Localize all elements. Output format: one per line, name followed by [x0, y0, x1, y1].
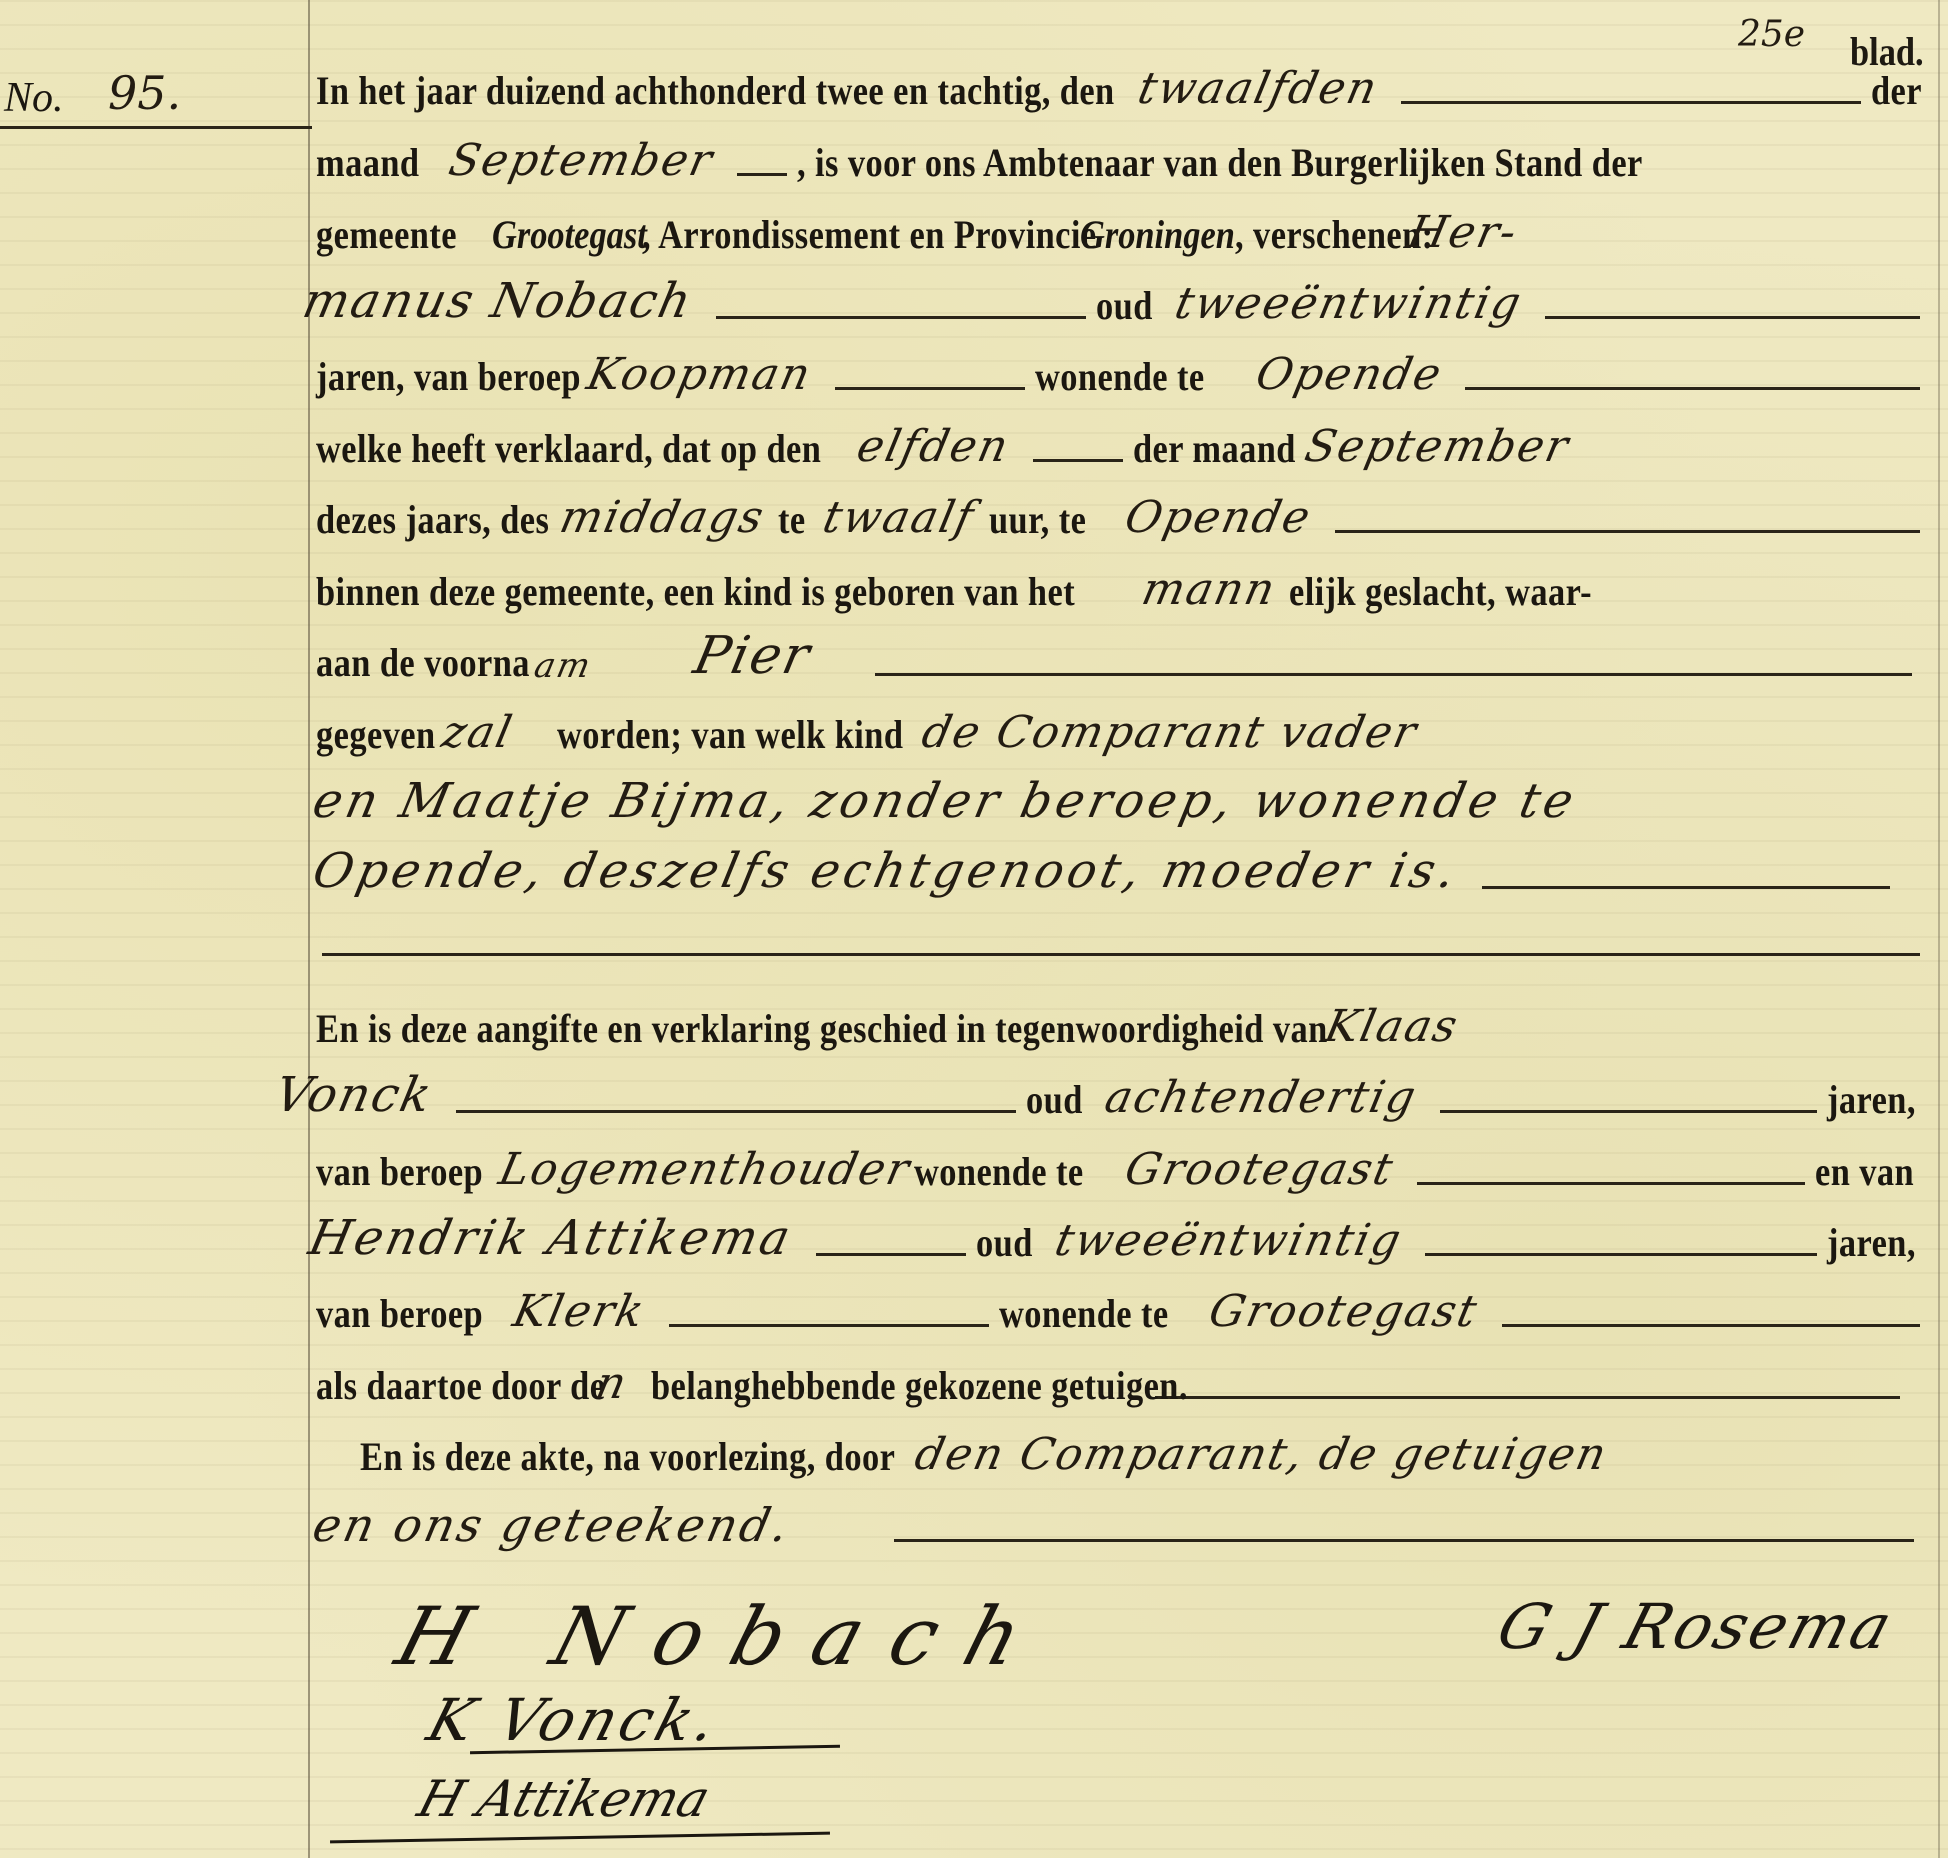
handwritten-witness1-last: Vonck: [256, 1067, 452, 1123]
line-1: In het jaar duizend achthonderd twee en …: [316, 62, 1930, 114]
handwritten-birth-place: Opende: [1106, 492, 1330, 543]
fill-rule: [1425, 1253, 1816, 1256]
printed-text: belanghebbende gekozene getuigen.: [651, 1362, 1188, 1409]
line-14: En is deze aangifte en verklaring geschi…: [316, 1000, 1930, 1052]
printed-text: wonende te: [914, 1148, 1084, 1195]
page-number-value: 25e: [1738, 14, 1805, 55]
printed-text: welke heeft verklaard, dat op den: [316, 425, 821, 472]
handwritten-residence: Opende: [1237, 349, 1461, 400]
signature-underline: [330, 1832, 830, 1844]
printed-text: als daartoe door de: [316, 1362, 605, 1409]
handwritten-zal: zal: [424, 707, 532, 758]
handwritten-mother: en Maatje Bijma, zonder beroep, wonende …: [294, 773, 1596, 829]
signature-registrar: G J Rosema: [1490, 1590, 1903, 1663]
handwritten-mother-residence: Opende, deszelfs echtgenoot, moeder is.: [294, 843, 1478, 899]
handwritten-witness2-age: tweeëntwintig: [1037, 1215, 1421, 1266]
printed-text: aan de voorna: [316, 639, 530, 686]
line-8: binnen deze gemeente, een kind is gebore…: [316, 563, 1930, 615]
line-4: manus Nobach oud tweeëntwintig: [290, 277, 1930, 329]
line-16: van beroep Logementhouder wonende te Gro…: [316, 1143, 1930, 1195]
handwritten-child-name: Pier: [675, 626, 831, 686]
handwritten-age: tweeëntwintig: [1156, 278, 1540, 329]
printed-text: der maand: [1133, 425, 1296, 472]
line-18: van beroep Klerk wonende te Grootegast: [316, 1285, 1930, 1337]
line-6: welke heeft verklaard, dat op den elfden…: [316, 420, 1930, 472]
line-3: gemeente Grootegast , Arrondissement en …: [316, 206, 1930, 258]
handwritten-witness2-residence: Grootegast: [1191, 1286, 1497, 1337]
printed-text: van beroep: [316, 1148, 483, 1195]
handwritten-hour: twaalf: [805, 492, 994, 543]
signature-witness-2: H Attikema: [412, 1770, 717, 1828]
fill-rule: [1545, 316, 1920, 319]
handwritten-day: twaalfden: [1119, 63, 1397, 114]
province-italic: Groningen: [1080, 211, 1235, 258]
fill-rule: [1033, 459, 1123, 462]
fill-rule: [1465, 387, 1920, 390]
fill-rule: [875, 673, 1912, 676]
fill-rule: [1482, 886, 1890, 889]
line-2: maand September , is voor ons Ambtenaar …: [316, 134, 1930, 186]
fill-rule: [894, 1539, 1914, 1542]
handwritten-gender: mann: [1123, 564, 1294, 615]
line-7: dezes jaars, des middags te twaalf uur, …: [316, 491, 1930, 543]
fill-rule: [1155, 1396, 1900, 1399]
printed-text: gemeente: [316, 211, 457, 258]
printed-text: oud: [976, 1219, 1033, 1266]
right-margin-rule: [1938, 0, 1940, 1858]
handwritten-signed: en ons geteekend.: [294, 1498, 810, 1552]
printed-text: jaren, van beroep: [316, 353, 581, 400]
line-11: en Maatje Bijma, zonder beroep, wonende …: [300, 777, 1930, 829]
handwritten-correction: am: [530, 646, 595, 686]
handwritten-witness1-age: achtendertig: [1087, 1072, 1436, 1123]
handwritten-witness1-first: Klaas: [1307, 1001, 1478, 1052]
printed-text: worden; van welk kind: [557, 711, 903, 758]
fill-rule: [456, 1110, 1016, 1113]
fill-rule: [1401, 101, 1860, 104]
line-21: en ons geteekend.: [300, 1500, 1930, 1552]
fill-rule: [1335, 530, 1920, 533]
fill-rule: [1417, 1182, 1805, 1185]
printed-text: elijk geslacht, waar-: [1289, 568, 1592, 615]
printed-text: binnen deze gemeente, een kind is gebore…: [316, 568, 1075, 615]
line-17: Hendrik Attikema oud tweeëntwintig jaren…: [296, 1214, 1930, 1266]
fill-rule: [737, 173, 787, 176]
handwritten-witness1-residence: Grootegast: [1106, 1144, 1412, 1195]
section-divider: [322, 953, 1920, 956]
fill-rule: [816, 1253, 966, 1256]
line-12: Opende, deszelfs echtgenoot, moeder is.: [300, 847, 1930, 899]
printed-text: oud: [1026, 1076, 1083, 1123]
printed-text: maand: [316, 139, 419, 186]
handwritten-father: de Comparant vader: [904, 707, 1437, 758]
line-5: jaren, van beroep Koopman wonende te Ope…: [316, 348, 1930, 400]
handwritten-time-of-day: middags: [542, 492, 784, 543]
printed-text: En is deze akte, na voorlezing, door: [360, 1433, 895, 1480]
printed-text: , is voor ons Ambtenaar van den Burgerli…: [797, 139, 1643, 186]
printed-text: jaren,: [1827, 1076, 1916, 1123]
printed-text: wonende te: [1035, 353, 1205, 400]
printed-text: , Arrondissement en Provincie: [642, 211, 1097, 258]
printed-text: uur, te: [989, 496, 1086, 543]
printed-text: wonende te: [999, 1290, 1169, 1337]
handwritten-witness1-occupation: Logementhouder: [481, 1144, 920, 1195]
handwritten-birth-month: September: [1286, 421, 1588, 472]
printed-text: In het jaar duizend achthonderd twee en …: [316, 67, 1115, 114]
signature-witness-1: K Vonck.: [420, 1686, 728, 1754]
fill-rule: [1440, 1110, 1816, 1113]
line-20: En is deze akte, na voorlezing, door den…: [360, 1428, 1930, 1480]
printed-text: te: [778, 496, 806, 543]
handwritten-month: September: [431, 135, 733, 186]
printed-text: oud: [1096, 282, 1153, 329]
fill-rule: [835, 387, 1025, 390]
handwritten-name-start: Her-: [1390, 207, 1537, 258]
printed-text: dezes jaars, des: [316, 496, 549, 543]
printed-text: jaren,: [1827, 1219, 1916, 1266]
record-number-label: No.: [4, 74, 64, 122]
handwritten-declarant-name: manus Nobach: [284, 273, 712, 329]
printed-text: van beroep: [316, 1290, 483, 1337]
record-number-value: 95.: [108, 66, 181, 120]
line-9: aan de voorna am Pier: [316, 634, 1930, 686]
line-15: Vonck oud achtendertig jaren,: [262, 1071, 1930, 1123]
handwritten-witness2-occupation: Klerk: [495, 1286, 665, 1337]
handwritten-signers: den Comparant, de getuigen: [897, 1429, 1627, 1480]
printed-text: gegeven: [316, 711, 436, 758]
printed-text: en van: [1815, 1148, 1914, 1195]
handwritten-birth-day: elfden: [838, 421, 1028, 472]
fill-rule: [669, 1324, 989, 1327]
handwritten-witness2-name: Hendrik Attikema: [290, 1210, 812, 1266]
printed-text: En is deze aangifte en verklaring geschi…: [316, 1005, 1328, 1052]
line-19: als daartoe door de n belanghebbende gek…: [316, 1357, 1930, 1409]
fill-rule: [716, 316, 1086, 319]
signature-declarant: H Nobach: [387, 1590, 1062, 1683]
record-number-rule: [0, 126, 312, 129]
printed-text: der: [1871, 67, 1922, 114]
municipality-italic: Grootegast: [492, 211, 647, 258]
line-10: gegeven zal worden; van welk kind de Com…: [316, 706, 1930, 758]
fill-rule: [1502, 1324, 1920, 1327]
handwritten-occupation: Koopman: [569, 349, 831, 400]
